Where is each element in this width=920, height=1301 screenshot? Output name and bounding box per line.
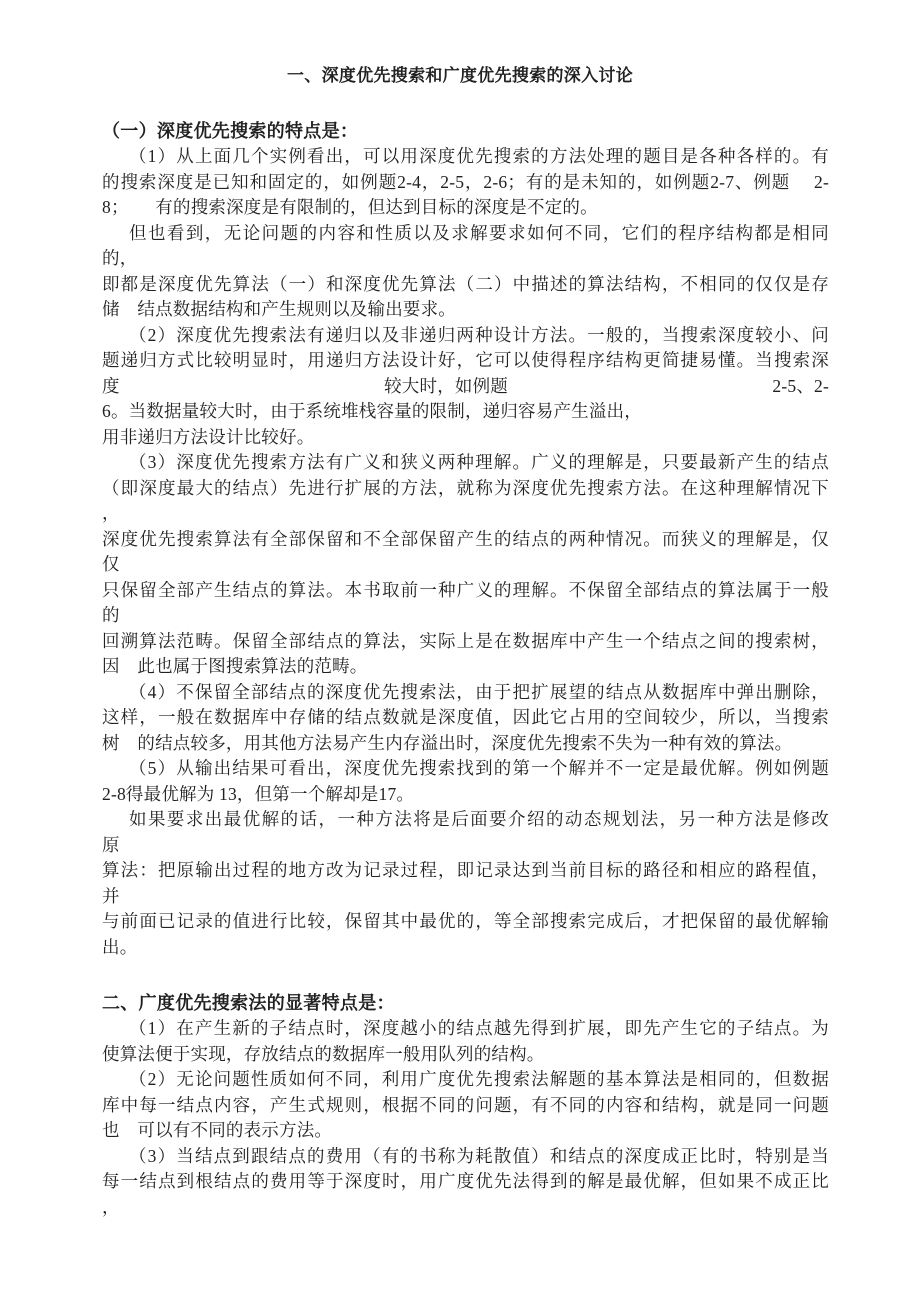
text-line: 储 结点数据结构和产生规则以及输出要求。 xyxy=(102,297,829,323)
text-line: 题递归方式比较明显时，用递归方法设计好，它可以使得程序结构更简捷易懂。当搜索深 xyxy=(102,348,829,374)
text-segment: 较大时，如例题 xyxy=(384,374,508,400)
text-line: 并 xyxy=(102,884,829,910)
text-line: 8； 有的搜索深度是有限制的，但达到目标的深度是不定的。 xyxy=(102,195,829,221)
text-line: ， xyxy=(102,1195,829,1221)
section-heading: 二、广度优先搜索法的显著特点是： xyxy=(102,990,829,1016)
document-title: 一、深度优先搜索和广度优先搜索的深入讨论 xyxy=(0,64,920,88)
text-line: 也 可以有不同的表示方法。 xyxy=(102,1118,829,1144)
text-segment: 度 xyxy=(102,374,120,400)
text-line: 因 此也属于图搜索算法的范畴。 xyxy=(102,654,829,680)
text-line: （2）深度优先搜索法有递归以及非递归两种设计方法。一般的，当搜索深度较小、问 xyxy=(102,323,829,349)
text-line: 的， xyxy=(102,246,829,272)
text-line: 但也看到，无论问题的内容和性质以及求解要求如何不同，它们的程序结构都是相同 xyxy=(102,221,829,247)
text-line: 每一结点到根结点的费用等于深度时，用广度优先法得到的解是最优解，但如果不成正比 xyxy=(102,1169,829,1195)
document-page: 一、深度优先搜索和广度优先搜索的深入讨论 （一）深度优先搜索的特点是：（1）从上… xyxy=(0,0,920,1301)
text-line: 库中每一结点内容，产生式规则，根据不同的问题，有不同的内容和结构，就是同一问题 xyxy=(102,1093,829,1119)
text-line: 6。当数据量较大时，由于系统堆栈容量的限制，递归容易产生溢出， xyxy=(102,399,829,425)
text-line: 与前面已记录的值进行比较，保留其中最优的，等全部搜索完成后，才把保留的最优解输 xyxy=(102,909,829,935)
text-line: 用非递归方法设计比较好。 xyxy=(102,425,829,451)
text-line: 仅 xyxy=(102,552,829,578)
text-line: （1）在产生新的子结点时，深度越小的结点越先得到扩展，即先产生它的子结点。为 xyxy=(102,1016,829,1042)
text-line: （2）无论问题性质如何不同，利用广度优先搜索法解题的基本算法是相同的，但数据 xyxy=(102,1067,829,1093)
text-line: 的搜索深度是已知和固定的，如例题2-4，2-5，2-6；有的是未知的，如例题2-… xyxy=(102,170,829,196)
text-line: 算法：把原输出过程的地方改为记录过程，即记录达到当前目标的路径和相应的路程值， xyxy=(102,858,829,884)
text-line: ， xyxy=(102,501,829,527)
text-line: 树 的结点较多，用其他方法易产生内存溢出时，深度优先搜索不失为一种有效的算法。 xyxy=(102,731,829,757)
text-line: 原 xyxy=(102,833,829,859)
text-line: （4）不保留全部结点的深度优先搜索法，由于把扩展望的结点从数据库中弹出删除， xyxy=(102,680,829,706)
text-line: （3）当结点到跟结点的费用（有的书称为耗散值）和结点的深度成正比时，特别是当 xyxy=(102,1144,829,1170)
text-line: 深度优先搜索算法有全部保留和不全部保留产生的结点的两种情况。而狭义的理解是，仅 xyxy=(102,527,829,553)
text-line: 只保留全部产生结点的算法。本书取前一种广义的理解。不保留全部结点的算法属于一般 xyxy=(102,578,829,604)
text-segment: 2-5、2- xyxy=(772,374,829,400)
text-line: 即都是深度优先算法（一）和深度优先算法（二）中描述的算法结构，不相同的仅仅是存 xyxy=(102,272,829,298)
text-line: 度较大时，如例题2-5、2- xyxy=(102,374,829,400)
text-line: 如果要求出最优解的话，一种方法将是后面要介绍的动态规划法，另一种方法是修改 xyxy=(102,807,829,833)
text-line: （3）深度优先搜索方法有广义和狭义两种理解。广义的理解是，只要最新产生的结点 xyxy=(102,450,829,476)
text-line: （即深度最大的结点）先进行扩展的方法，就称为深度优先搜索方法。在这种理解情况下 xyxy=(102,476,829,502)
text-line: （5）从输出结果可看出，深度优先搜索找到的第一个解并不一定是最优解。例如例题 xyxy=(102,756,829,782)
text-line: 这样，一般在数据库中存储的结点数就是深度值，因此它占用的空间较少，所以，当搜索 xyxy=(102,705,829,731)
document-body: （一）深度优先搜索的特点是：（1）从上面几个实例看出，可以用深度优先搜索的方法处… xyxy=(102,118,829,1220)
text-line: 出。 xyxy=(102,935,829,961)
text-line: 回溯算法范畴。保留全部结点的算法，实际上是在数据库中产生一个结点之间的搜索树， xyxy=(102,629,829,655)
text-line: 的 xyxy=(102,603,829,629)
text-line: 2-8得最优解为 13，但第一个解却是17。 xyxy=(102,782,829,808)
text-line: （1）从上面几个实例看出，可以用深度优先搜索的方法处理的题目是各种各样的。有 xyxy=(102,144,829,170)
text-line: 使算法便于实现，存放结点的数据库一般用队列的结构。 xyxy=(102,1042,829,1068)
section-heading: （一）深度优先搜索的特点是： xyxy=(102,118,829,144)
